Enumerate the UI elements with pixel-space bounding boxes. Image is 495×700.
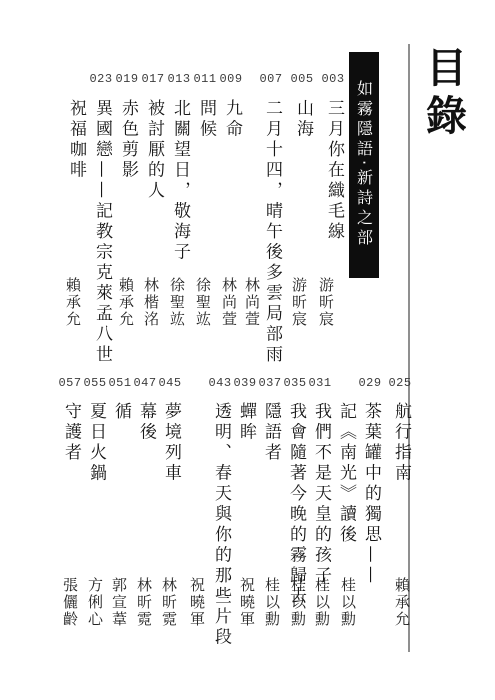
entry-page-number: 025 [385,376,415,390]
entry-page-number: 011 [190,72,220,86]
entry-title: 祝福咖啡 [66,99,86,181]
entry-author: 林楷洺 [141,277,160,328]
entry-author: 張儷齡 [60,577,79,628]
entry-title: 夢境列車 [161,402,181,484]
entry-author: 祝曉軍 [237,577,256,628]
entry-title: 北關望日，敬海子 [170,99,190,263]
entry-author: 賴承允 [116,277,135,328]
entry-author: 郭宣葦 [109,577,128,628]
entry-title: 三月你在織毛線 [324,99,344,243]
section-header: 如霧隱語‧新詩之部 [349,52,379,278]
entry-page-number: 005 [287,72,317,86]
entry-page-number: 007 [256,72,286,86]
entry-title: 異國戀——記教宗克萊孟八世 [92,99,112,366]
entry-author: 桂以勳 [262,577,281,628]
entry-page-number: 019 [112,72,142,86]
entry-title: 蟬眸 [236,402,256,443]
entry-page-number: 029 [355,376,385,390]
entry-title: 九命 [222,99,242,140]
entry-page-number: 023 [86,72,116,86]
entry-author: 林尚萱 [242,277,261,328]
entry-author: 林尚萱 [219,277,238,328]
entry-page-number: 017 [138,72,168,86]
entry-title: 茶葉罐中的獨思—— [361,402,381,587]
entry-title: 問候 [196,99,216,140]
entry-page-number: 009 [216,72,246,86]
entry-title: 山海 [293,99,313,140]
entry-author: 林昕霓 [134,577,153,628]
entry-author: 桂以勳 [338,577,357,628]
entry-title: 記《南光》讀後 [336,402,356,546]
entry-page-number: 013 [164,72,194,86]
entry-author: 游昕宸 [289,277,308,328]
entry-page-number: 057 [55,376,85,390]
entry-page-number: 003 [318,72,348,86]
entry-title: 航行指南 [391,402,411,484]
toc-page: 目錄 如霧隱語‧新詩之部 003三月你在織毛線游昕宸005山海游昕宸007二月十… [0,0,495,700]
entry-title: 幕後 [136,402,156,443]
section-header-label: 如霧隱語‧新詩之部 [353,80,376,249]
entry-author: 方俐心 [85,577,104,628]
divider-rule [408,44,410,652]
entry-author: 桂以勳 [288,577,307,628]
page-title: 目錄 [414,46,473,142]
entry-title: 透明、春天與你的那些片段 [211,402,231,648]
entry-author: 祝曉軍 [187,577,206,628]
entry-author: 賴承允 [392,577,411,628]
entry-author: 游昕宸 [316,277,335,328]
entry-author: 林昕霓 [159,577,178,628]
entry-author: 徐聖竑 [193,277,212,328]
entry-title: 循 [111,402,131,423]
entry-page-number: 043 [205,376,235,390]
entry-title: 隱語者 [261,402,281,464]
entry-title: 被討厭的人 [144,99,164,202]
entry-title: 夏日火鍋 [86,402,106,484]
entry-title: 守護者 [61,402,81,464]
entry-author: 賴承允 [63,277,82,328]
entry-title: 我們不是天皇的孩子 [311,402,331,587]
entry-author: 桂以勳 [312,577,331,628]
entry-title: 赤色剪影 [118,99,138,181]
entry-author: 徐聖竑 [167,277,186,328]
entry-title: 二月十四，晴午後多雲局部雨 [262,99,282,366]
